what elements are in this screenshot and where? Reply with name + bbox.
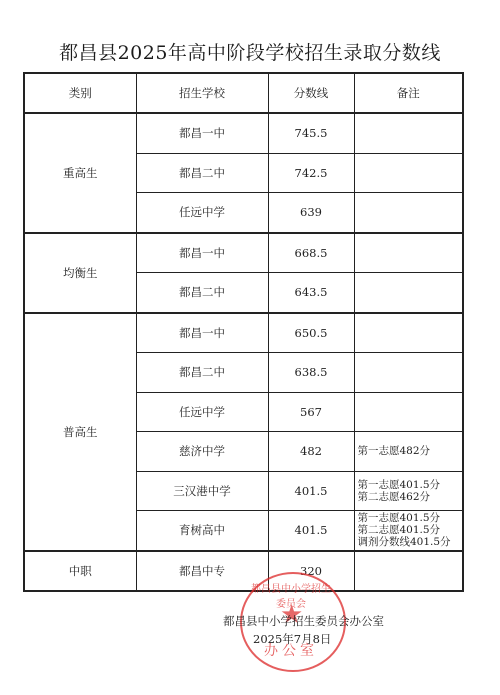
score-cell: 401.5: [268, 471, 354, 511]
table-row: 普高生 都昌一中 650.5: [24, 313, 463, 353]
note-cell: [354, 392, 463, 432]
school-cell: 都昌一中: [136, 233, 268, 273]
school-cell: 都昌一中: [136, 113, 268, 153]
header-score: 分数线: [268, 73, 354, 113]
header-school: 招生学校: [136, 73, 268, 113]
score-cell: 401.5: [268, 511, 354, 551]
note-cell: [354, 353, 463, 393]
school-cell: 育树高中: [136, 511, 268, 551]
score-cell: 745.5: [268, 113, 354, 153]
school-cell: 任远中学: [136, 392, 268, 432]
note-line: 第二志愿462分: [358, 491, 463, 503]
note-line: 第一志愿482分: [358, 445, 463, 457]
note-line: 第二志愿401.5分: [358, 524, 463, 536]
note-cell: [354, 551, 463, 592]
note-cell: [354, 313, 463, 353]
school-cell: 三汉港中学: [136, 471, 268, 511]
note-cell: [354, 113, 463, 153]
header-note: 备注: [354, 73, 463, 113]
note-cell: [354, 193, 463, 233]
score-cell: 668.5: [268, 233, 354, 273]
table-row: 均衡生 都昌一中 668.5: [24, 233, 463, 273]
table-row: 中职 都昌中专 320: [24, 551, 463, 592]
note-cell: [354, 233, 463, 273]
school-cell: 都昌二中: [136, 273, 268, 313]
score-cell: 639: [268, 193, 354, 233]
table-row: 重高生 都昌一中 745.5: [24, 113, 463, 153]
category-cell: 重高生: [24, 113, 136, 233]
school-cell: 都昌二中: [136, 153, 268, 193]
score-table: 类别 招生学校 分数线 备注 重高生 都昌一中 745.5 都昌二中 742.5…: [23, 72, 464, 592]
score-cell: 650.5: [268, 313, 354, 353]
note-cell: 第一志愿401.5分 第二志愿401.5分 调剂分数线401.5分: [354, 511, 463, 551]
note-line: 第一志愿401.5分: [358, 512, 463, 524]
school-cell: 都昌一中: [136, 313, 268, 353]
issuing-organization: 都昌县中小学招生委员会办公室: [223, 613, 500, 629]
note-cell: 第一志愿482分: [354, 432, 463, 472]
category-cell: 中职: [24, 551, 136, 592]
note-cell: [354, 153, 463, 193]
score-cell: 638.5: [268, 353, 354, 393]
document-title: 都昌县2025年高中阶段学校招生录取分数线: [0, 38, 500, 65]
category-cell: 均衡生: [24, 233, 136, 313]
school-cell: 任远中学: [136, 193, 268, 233]
note-cell: [354, 273, 463, 313]
table-header-row: 类别 招生学校 分数线 备注: [24, 73, 463, 113]
issue-date: 2025年7月8日: [253, 631, 500, 647]
score-cell: 742.5: [268, 153, 354, 193]
score-cell: 482: [268, 432, 354, 472]
note-line: 调剂分数线401.5分: [358, 536, 463, 548]
school-cell: 都昌二中: [136, 353, 268, 393]
score-cell: 643.5: [268, 273, 354, 313]
school-cell: 慈济中学: [136, 432, 268, 472]
header-category: 类别: [24, 73, 136, 113]
note-line: 第一志愿401.5分: [358, 479, 463, 491]
score-cell: 567: [268, 392, 354, 432]
note-cell: 第一志愿401.5分 第二志愿462分: [354, 471, 463, 511]
category-cell: 普高生: [24, 313, 136, 551]
